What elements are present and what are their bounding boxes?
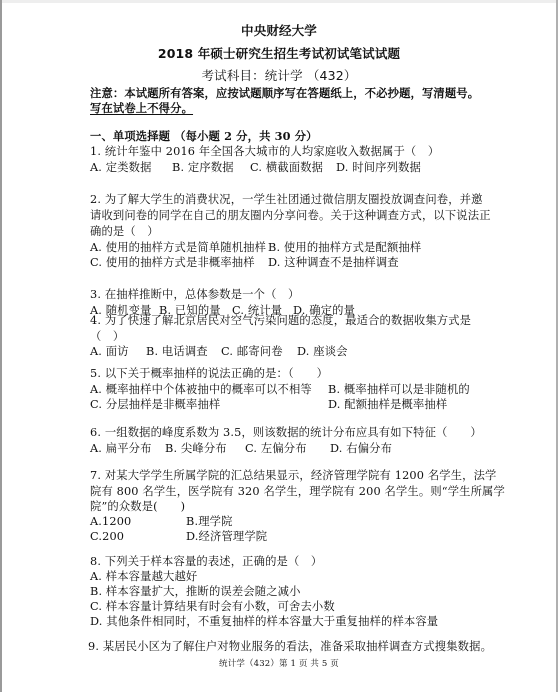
q5-option-d: D. 配额抽样是概率抽样 [328, 398, 447, 412]
q6-option-d: D. 右偏分布 [330, 442, 392, 456]
q2-option-b: B. 使用的抽样方式是配额抽样 [268, 241, 421, 255]
question-7-stem-line-1: 7. 对某大学学生所属学院的汇总结果显示，经济管理学院有 1200 名学生，法学 [90, 469, 497, 483]
question-2-stem-line-3: 确的是（ ） [90, 225, 159, 239]
question-7-stem-line-3: 院”的众数是( ) [90, 500, 185, 514]
page-top-shade [0, 0, 558, 3]
q1-option-b: B. 定序数据 [172, 161, 234, 175]
q7-option-a: A.1200 [90, 515, 131, 529]
question-2-stem-line-1: 2. 为了解大学生的消费状况，一学生社团通过微信朋友圈投放调查问卷，并邀 [90, 193, 483, 207]
q6-option-c: C. 左偏分布 [245, 442, 307, 456]
q4-option-b: B. 电话调查 [146, 345, 208, 359]
notice-line-2: 写在试卷上不得分。 [90, 101, 193, 115]
q2-option-c: C. 使用的抽样方式是非概率抽样 [90, 256, 255, 270]
exam-subject: 考试科目：统计学 （432） [0, 69, 558, 83]
q4-option-d: D. 座谈会 [297, 345, 348, 359]
q8-option-b: B. 样本容量扩大，推断的误差会随之减小 [90, 585, 301, 599]
q4-option-a: A. 面访 [90, 345, 129, 359]
q5-option-c: C. 分层抽样是非概率抽样 [90, 398, 220, 412]
q6-option-b: B. 尖峰分布 [165, 442, 227, 456]
question-2-stem-line-2: 请收到问卷的同学在自己的朋友圈内分享问卷。关于这种调查方式，以下说法正 [90, 209, 491, 223]
q8-option-d: D. 其他条件相同时，不重复抽样的样本容量大于重复抽样的样本容量 [90, 615, 438, 629]
q2-option-a: A. 使用的抽样方式是简单随机抽样 [90, 241, 266, 255]
exam-page: 中央财经大学 2018 年硕士研究生招生考试初试笔试试题 考试科目：统计学 （4… [0, 0, 558, 692]
q1-option-a: A. 定类数据 [90, 161, 152, 175]
q1-option-c: C. 横截面数据 [250, 161, 323, 175]
q2-option-d: D. 这种调查不是抽样调查 [268, 256, 399, 270]
question-3-stem: 3. 在抽样推断中，总体参数是一个（ ） [90, 288, 299, 302]
question-6-stem: 6. 一组数据的峰度系数为 3.5，则该数据的统计分布应具有如下特征（ ） [90, 426, 482, 440]
section-title: 一、单项选择题 （每小题 2 分，共 30 分） [90, 129, 318, 143]
question-4-stem-line-1: 4. 为了快速了解北京居民对空气污染问题的态度，最适合的数据收集方式是 [90, 314, 471, 328]
question-8-stem: 8. 下列关于样本容量的表述，正确的是（ ） [90, 555, 322, 569]
q5-option-a: A. 概率抽样中个体被抽中的概率可以不相等 [90, 383, 312, 397]
exam-title: 2018 年硕士研究生招生考试初试笔试试题 [0, 47, 558, 61]
q7-option-c: C.200 [90, 530, 124, 544]
question-9-stem: 9. 某居民小区为了解住户对物业服务的看法，准备采取抽样调查方式搜集数据。 [88, 640, 492, 654]
university-name: 中央财经大学 [0, 24, 558, 38]
q8-option-a: A. 样本容量越大越好 [90, 570, 197, 584]
question-5-stem: 5. 以下关于概率抽样的说法正确的是：（ ） [90, 367, 328, 381]
q6-option-a: A. 扁平分布 [90, 442, 152, 456]
q8-option-c: C. 样本容量计算结果有时会有小数，可舍去小数 [90, 600, 335, 614]
question-4-stem-line-2: （ ） [90, 330, 124, 344]
page-left-border [0, 0, 2, 692]
question-7-stem-line-2: 院有 800 名学生，医学院有 320 名学生，理学院有 200 名学生。则“学… [90, 485, 505, 499]
q7-option-b: B.理学院 [186, 515, 233, 529]
q7-option-d: D.经济管理学院 [186, 530, 267, 544]
question-1-stem: 1. 统计年鉴中 2016 年全国各大城市的人均家庭收入数据属于（ ） [90, 145, 439, 159]
notice-line-1: 注意：本试题所有答案，应按试题顺序写在答题纸上，不必抄题，写清题号。 [90, 86, 479, 100]
q1-option-d: D. 时间序列数据 [336, 161, 421, 175]
q4-option-c: C. 邮寄问卷 [221, 345, 283, 359]
q5-option-b: B. 概率抽样可以是非随机的 [328, 383, 470, 397]
page-footer: 统计学（432）第 1 页 共 5 页 [0, 657, 558, 671]
